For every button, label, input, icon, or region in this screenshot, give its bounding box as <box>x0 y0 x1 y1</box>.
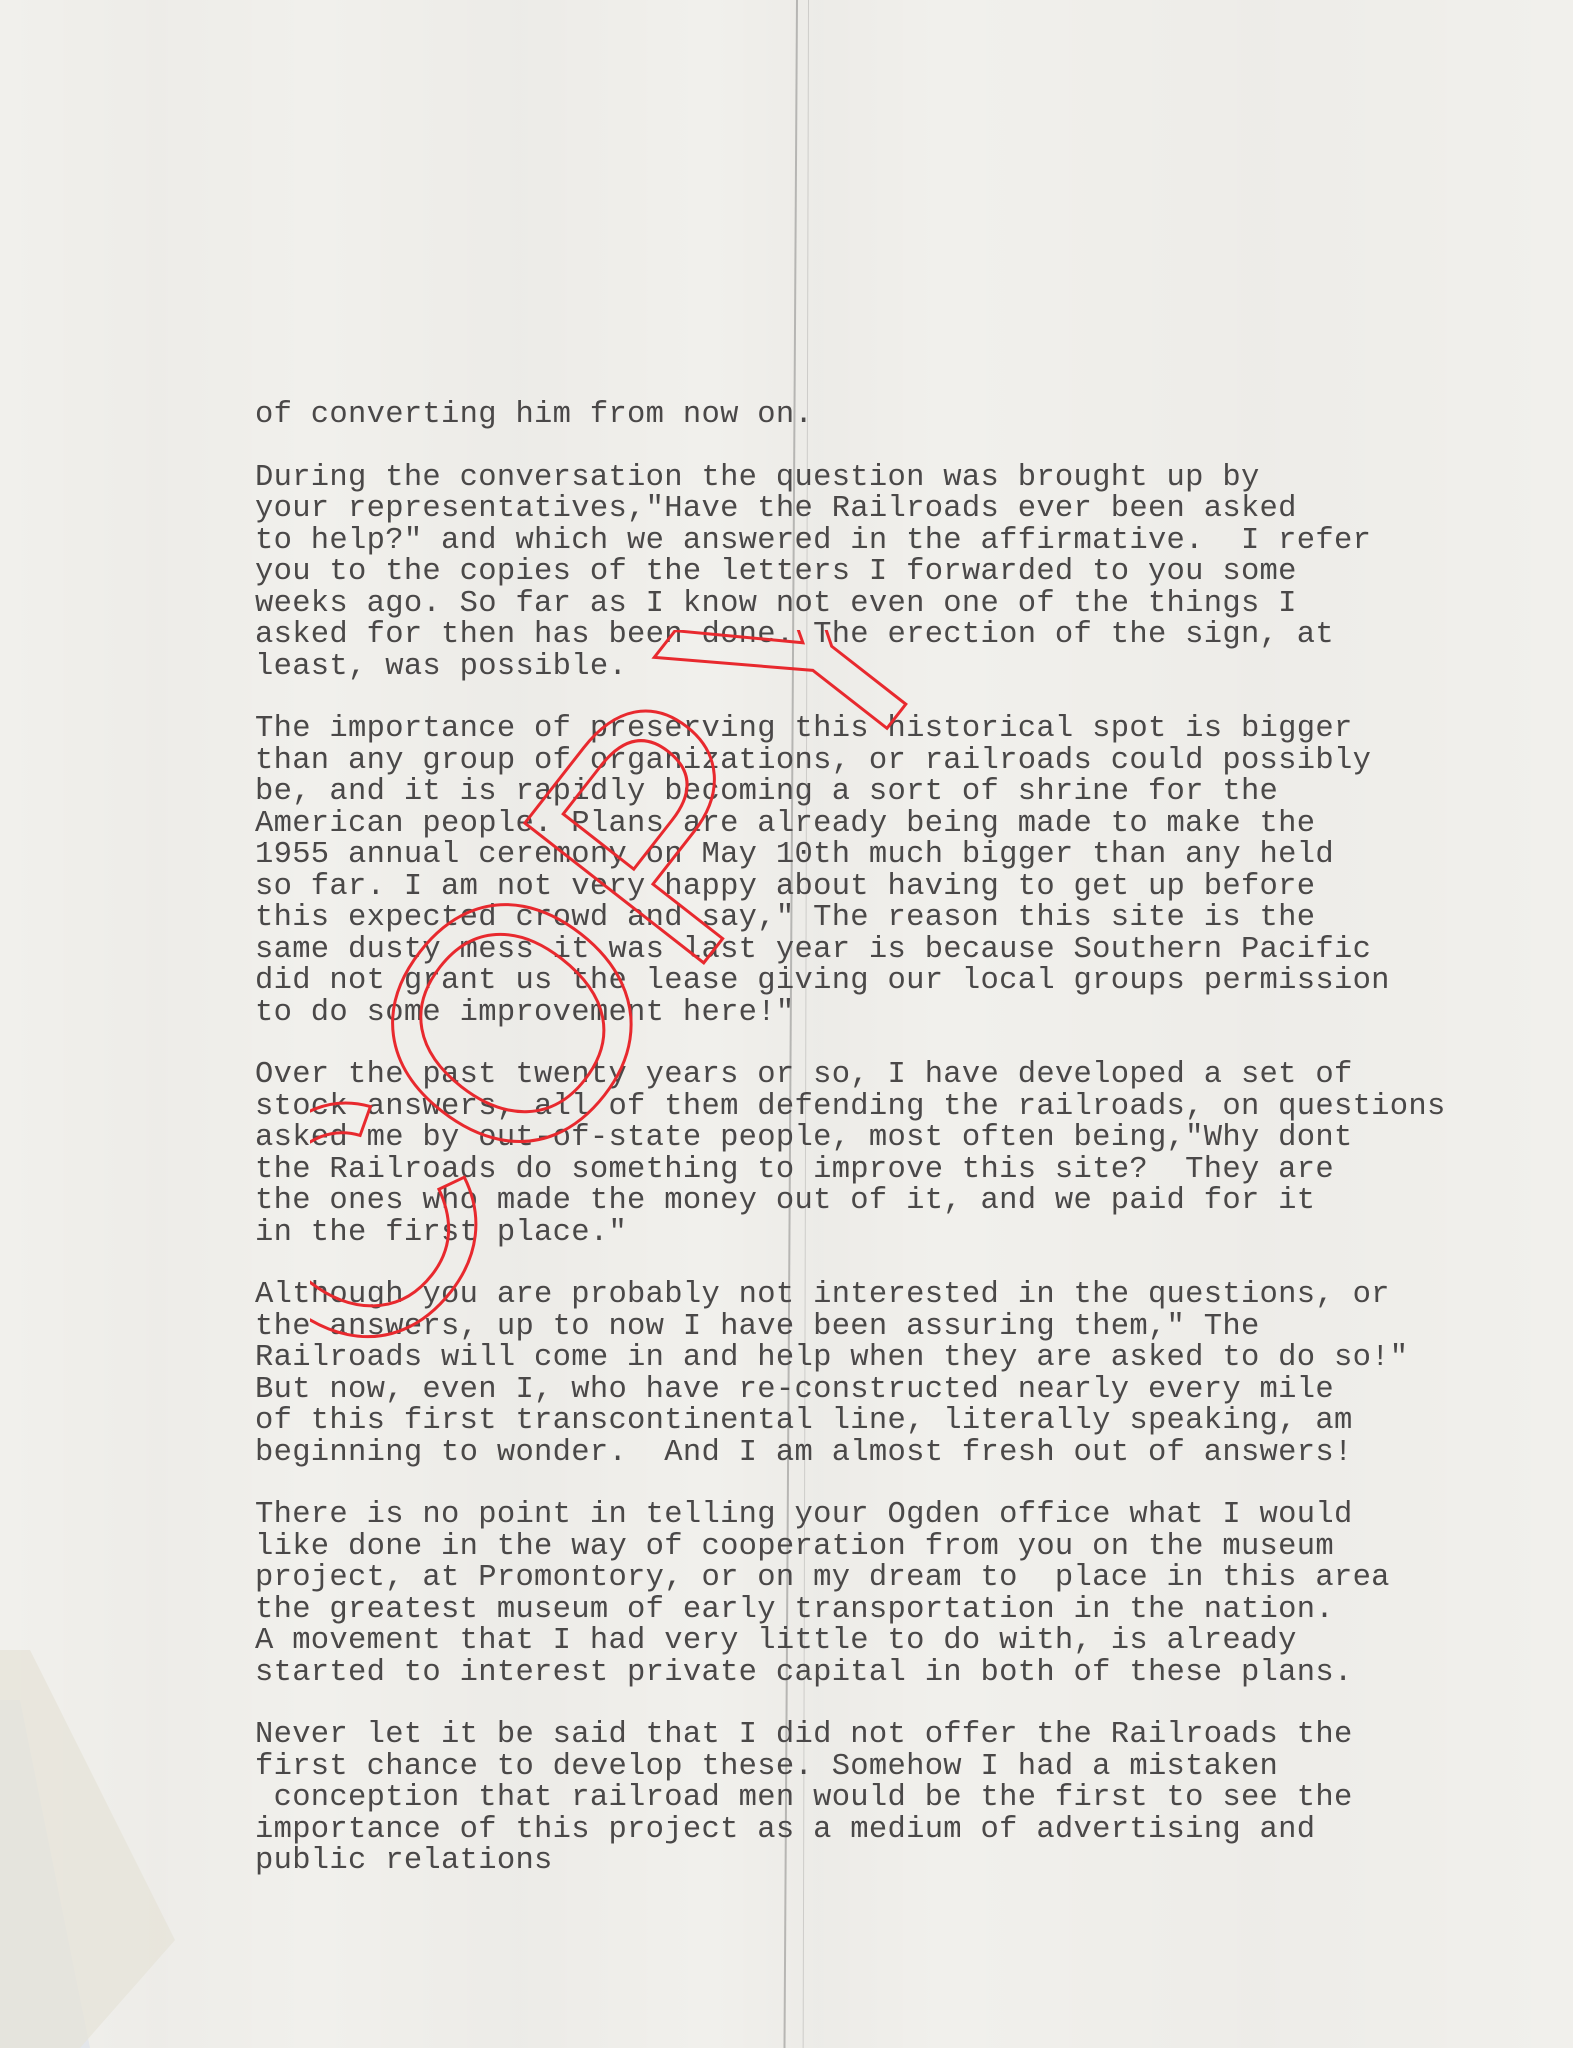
text-line: be, and it is rapidly becoming a sort of… <box>255 777 1505 809</box>
text-line: the Railroads do something to improve th… <box>255 1155 1505 1187</box>
text-line: But now, even I, who have re-constructed… <box>255 1375 1505 1407</box>
paragraph: There is no point in telling your Ogden … <box>255 1500 1505 1689</box>
text-line: stock answers, all of them defending the… <box>255 1092 1505 1124</box>
text-line: asked for then has been done. The erecti… <box>255 620 1505 652</box>
text-line: conception that railroad men would be th… <box>255 1783 1505 1815</box>
text-line: importance of this project as a medium o… <box>255 1815 1505 1847</box>
text-line: in the first place." <box>255 1218 1505 1250</box>
text-line: first chance to develop these. Somehow I… <box>255 1752 1505 1784</box>
text-line: project, at Promontory, or on my dream t… <box>255 1563 1505 1595</box>
text-line: this expected crowd and say," The reason… <box>255 903 1505 935</box>
text-line: Although you are probably not interested… <box>255 1280 1505 1312</box>
text-line: than any group of organizations, or rail… <box>255 746 1505 778</box>
paragraph: Over the past twenty years or so, I have… <box>255 1060 1505 1249</box>
text-line: of this first transcontinental line, lit… <box>255 1406 1505 1438</box>
text-line: A movement that I had very little to do … <box>255 1626 1505 1658</box>
text-line: Over the past twenty years or so, I have… <box>255 1060 1505 1092</box>
text-line: the greatest museum of early transportat… <box>255 1595 1505 1627</box>
text-line: There is no point in telling your Ogden … <box>255 1500 1505 1532</box>
text-line: did not grant us the lease giving our lo… <box>255 966 1505 998</box>
paragraph: Although you are probably not interested… <box>255 1280 1505 1469</box>
text-line: Never let it be said that I did not offe… <box>255 1720 1505 1752</box>
text-line: the answers, up to now I have been assur… <box>255 1312 1505 1344</box>
paragraph: The importance of preserving this histor… <box>255 714 1505 1029</box>
text-line: beginning to wonder. And I am almost fre… <box>255 1438 1505 1470</box>
text-line: same dusty mess it was last year is beca… <box>255 935 1505 967</box>
text-line: American people. Plans are already being… <box>255 809 1505 841</box>
text-line: asked me by out-of-state people, most of… <box>255 1123 1505 1155</box>
text-line: weeks ago. So far as I know not even one… <box>255 589 1505 621</box>
text-line: The importance of preserving this histor… <box>255 714 1505 746</box>
text-line: so far. I am not very happy about having… <box>255 872 1505 904</box>
text-line: to do some improvement here!" <box>255 998 1505 1030</box>
text-line: you to the copies of the letters I forwa… <box>255 557 1505 589</box>
text-line: Railroads will come in and help when the… <box>255 1343 1505 1375</box>
text-line: like done in the way of cooperation from… <box>255 1532 1505 1564</box>
text-line: least, was possible. <box>255 652 1505 684</box>
letter-body: of converting him from now on.During the… <box>255 400 1505 1909</box>
text-line: of converting him from now on. <box>255 400 1505 432</box>
text-line: public relations <box>255 1846 1505 1878</box>
text-line: started to interest private capital in b… <box>255 1658 1505 1690</box>
text-line: During the conversation the question was… <box>255 463 1505 495</box>
paragraph: of converting him from now on. <box>255 400 1505 432</box>
paragraph: During the conversation the question was… <box>255 463 1505 684</box>
text-line: your representatives,"Have the Railroads… <box>255 494 1505 526</box>
text-line: to help?" and which we answered in the a… <box>255 526 1505 558</box>
text-line: the ones who made the money out of it, a… <box>255 1186 1505 1218</box>
paragraph: Never let it be said that I did not offe… <box>255 1720 1505 1878</box>
text-line: 1955 annual ceremony on May 10th much bi… <box>255 840 1505 872</box>
